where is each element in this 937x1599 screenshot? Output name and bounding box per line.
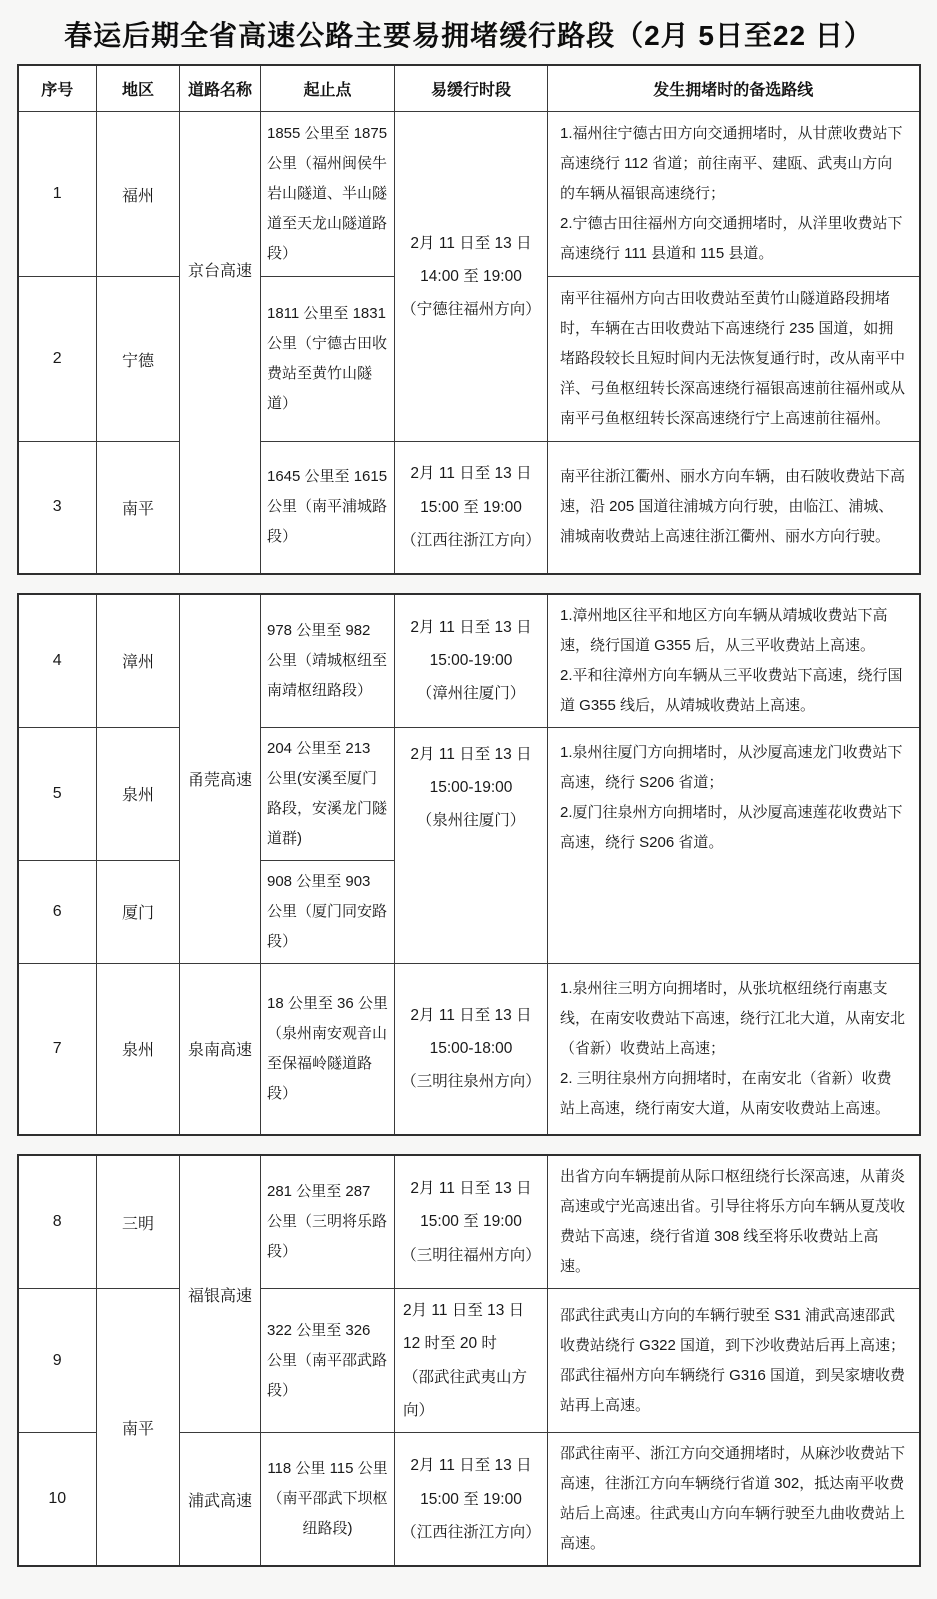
seq-cell: 3 — [18, 442, 97, 574]
segment-cell: 908 公里至 903 公里（厦门同安路段） — [261, 860, 395, 963]
routes-cell: 邵武往武夷山方向的车辆行驶至 S31 浦武高速邵武收费站绕行 G322 国道，到… — [548, 1289, 920, 1433]
routes-cell: 南平往浙江衢州、丽水方向车辆，由石陂收费站下高速，沿 205 国道往浦城方向行驶… — [548, 442, 920, 574]
time-cell: 2月 11 日至 13 日 15:00 至 19:00 （江西往浙江方向） — [395, 442, 548, 574]
road-cell: 甬莞高速 — [180, 594, 261, 964]
seq-cell: 7 — [18, 963, 97, 1135]
segment-cell: 18 公里至 36 公里（泉州南安观音山至保福岭隧道路段） — [261, 963, 395, 1135]
routes-cell: 南平往福州方向古田收费站至黄竹山隧道路段拥堵时，车辆在古田收费站下高速绕行 23… — [548, 277, 920, 442]
col-header-routes: 发生拥堵时的备选路线 — [548, 65, 920, 112]
col-header-region: 地区 — [97, 65, 180, 112]
road-cell: 泉南高速 — [180, 963, 261, 1135]
seq-cell: 4 — [18, 594, 97, 728]
segment-cell: 1645 公里至 1615 公里（南平浦城路段） — [261, 442, 395, 574]
table-row: 7 泉州 泉南高速 18 公里至 36 公里（泉州南安观音山至保福岭隧道路段） … — [18, 963, 920, 1135]
congestion-table-section-2: 4 漳州 甬莞高速 978 公里至 982 公里（靖城枢纽至南靖枢纽路段） 2月… — [17, 593, 921, 1137]
region-cell: 漳州 — [97, 594, 180, 728]
segment-cell: 118 公里 115 公里（南平邵武下坝枢纽路段) — [261, 1433, 395, 1567]
seq-cell: 1 — [18, 112, 97, 277]
segment-cell: 1855 公里至 1875 公里（福州闽侯牛岩山隧道、半山隧道至天龙山隧道路段） — [261, 112, 395, 277]
seq-cell: 9 — [18, 1289, 97, 1433]
congestion-table-section-3: 8 三明 福银高速 281 公里至 287 公里（三明将乐路段） 2月 11 日… — [17, 1154, 921, 1567]
routes-cell: 1.泉州往三明方向拥堵时，从张坑枢纽绕行南惠支线，在南安收费站下高速，绕行江北大… — [548, 963, 920, 1135]
header-row: 序号 地区 道路名称 起止点 易缓行时段 发生拥堵时的备选路线 — [18, 65, 920, 112]
segment-cell: 204 公里至 213 公里(安溪至厦门路段，安溪龙门隧道群) — [261, 727, 395, 860]
routes-cell: 邵武往南平、浙江方向交通拥堵时，从麻沙收费站下高速，往浙江方向车辆绕行省道 30… — [548, 1433, 920, 1567]
segment-cell: 1811 公里至 1831 公里（宁德古田收费站至黄竹山隧道） — [261, 277, 395, 442]
region-cell: 宁德 — [97, 277, 180, 442]
table-row: 4 漳州 甬莞高速 978 公里至 982 公里（靖城枢纽至南靖枢纽路段） 2月… — [18, 594, 920, 728]
routes-cell: 1.泉州往厦门方向拥堵时，从沙厦高速龙门收费站下高速，绕行 S206 省道； 2… — [548, 727, 920, 963]
time-cell: 2月 11 日至 13 日 15:00 至 19:00 （江西往浙江方向） — [395, 1433, 548, 1567]
congestion-table-section-1: 序号 地区 道路名称 起止点 易缓行时段 发生拥堵时的备选路线 1 福州 京台高… — [17, 64, 921, 575]
routes-cell: 1.漳州地区往平和地区方向车辆从靖城收费站下高速，绕行国道 G355 后，从三平… — [548, 594, 920, 728]
col-header-seq: 序号 — [18, 65, 97, 112]
road-cell: 福银高速 — [180, 1155, 261, 1433]
time-cell: 2月 11 日至 13 日 15:00 至 19:00 （三明往福州方向） — [395, 1155, 548, 1289]
region-cell: 南平 — [97, 442, 180, 574]
table-row: 5 泉州 204 公里至 213 公里(安溪至厦门路段，安溪龙门隧道群) 2月 … — [18, 727, 920, 860]
time-cell: 2月 11 日至 13 日 15:00-18:00 （三明往泉州方向） — [395, 963, 548, 1135]
page-title: 春运后期全省高速公路主要易拥堵缓行路段（2月 5日至22 日） — [10, 14, 927, 54]
segment-cell: 978 公里至 982 公里（靖城枢纽至南靖枢纽路段） — [261, 594, 395, 728]
region-cell: 泉州 — [97, 727, 180, 860]
table-row: 9 南平 322 公里至 326 公里（南平邵武路段） 2月 11 日至 13 … — [18, 1289, 920, 1433]
table-row: 8 三明 福银高速 281 公里至 287 公里（三明将乐路段） 2月 11 日… — [18, 1155, 920, 1289]
time-cell: 2月 11 日至 13 日 15:00-19:00 （漳州往厦门） — [395, 594, 548, 728]
seq-cell: 5 — [18, 727, 97, 860]
road-cell: 浦武高速 — [180, 1433, 261, 1567]
seq-cell: 8 — [18, 1155, 97, 1289]
seq-cell: 10 — [18, 1433, 97, 1567]
table-row: 1 福州 京台高速 1855 公里至 1875 公里（福州闽侯牛岩山隧道、半山隧… — [18, 112, 920, 277]
time-cell: 2月 11 日至 13 日 15:00-19:00 （泉州往厦门） — [395, 727, 548, 963]
region-cell: 泉州 — [97, 963, 180, 1135]
region-cell: 南平 — [97, 1289, 180, 1567]
segment-cell: 281 公里至 287 公里（三明将乐路段） — [261, 1155, 395, 1289]
region-cell: 三明 — [97, 1155, 180, 1289]
routes-cell: 出省方向车辆提前从际口枢纽绕行长深高速，从莆炎高速或宁光高速出省。引导往将乐方向… — [548, 1155, 920, 1289]
routes-cell: 1.福州往宁德古田方向交通拥堵时，从甘蔗收费站下高速绕行 112 省道；前往南平… — [548, 112, 920, 277]
table-row: 3 南平 1645 公里至 1615 公里（南平浦城路段） 2月 11 日至 1… — [18, 442, 920, 574]
region-cell: 福州 — [97, 112, 180, 277]
road-cell: 京台高速 — [180, 112, 261, 574]
page: 春运后期全省高速公路主要易拥堵缓行路段（2月 5日至22 日） 序号 地区 道路… — [0, 0, 937, 1599]
segment-cell: 322 公里至 326 公里（南平邵武路段） — [261, 1289, 395, 1433]
seq-cell: 2 — [18, 277, 97, 442]
col-header-time: 易缓行时段 — [395, 65, 548, 112]
region-cell: 厦门 — [97, 860, 180, 963]
col-header-road: 道路名称 — [180, 65, 261, 112]
time-cell: 2月 11 日至 13 日 12 时至 20 时 （邵武往武夷山方向） — [395, 1289, 548, 1433]
seq-cell: 6 — [18, 860, 97, 963]
time-cell: 2月 11 日至 13 日 14:00 至 19:00 （宁德往福州方向） — [395, 112, 548, 442]
col-header-segment: 起止点 — [261, 65, 395, 112]
